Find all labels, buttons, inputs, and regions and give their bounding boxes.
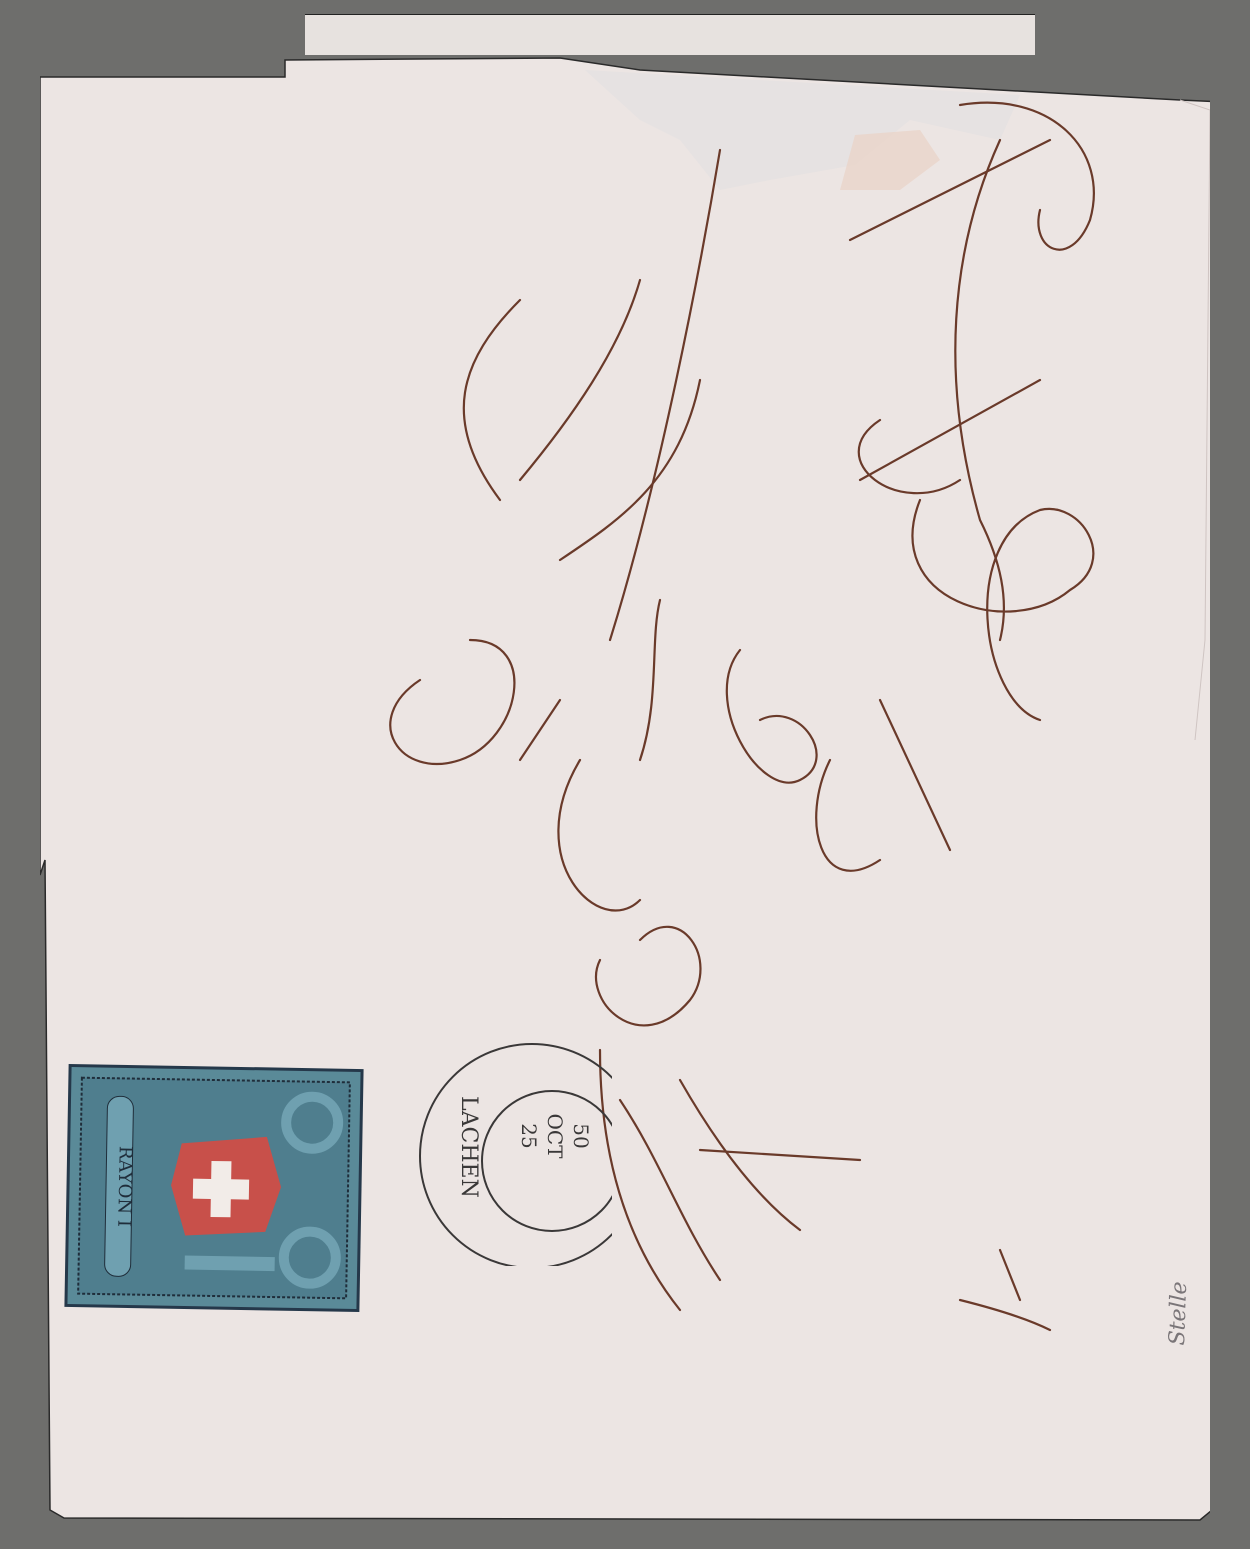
postmark-year: 50 <box>569 1123 593 1148</box>
rayon-stamp: RAYON I <box>64 1063 364 1312</box>
postmark-town: LACHEN <box>456 1096 481 1198</box>
postmark-month: OCT <box>543 1113 567 1159</box>
handwritten-address <box>0 0 1250 1549</box>
pencil-note: Stelle <box>1165 1281 1192 1346</box>
postmark-day: 25 <box>517 1123 541 1148</box>
stamp-label: RAYON I <box>113 1146 135 1227</box>
lachen-postmark: LACHEN 25 OCT 50 <box>392 1026 612 1266</box>
